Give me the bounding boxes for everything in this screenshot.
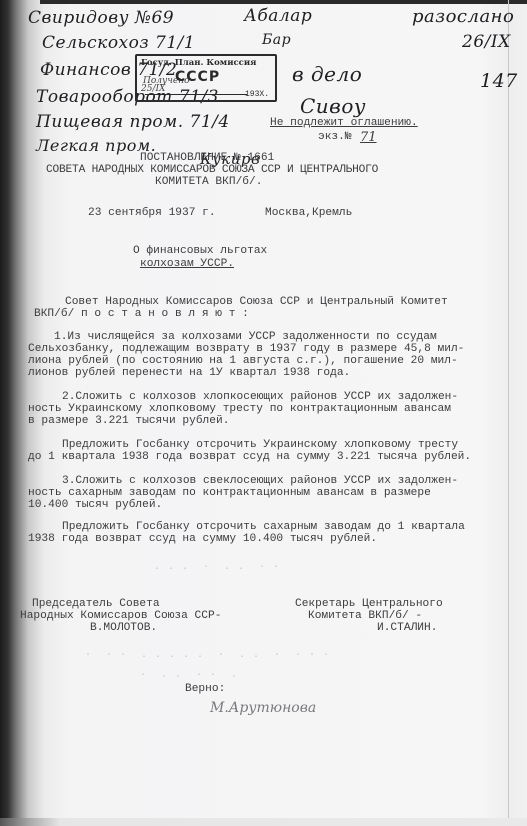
hw-distribution-5: Пищевая пром. 71/4 [36, 112, 230, 132]
hw-page-number: 147 [480, 70, 518, 92]
certification-signature: М.Арутюнова [210, 700, 316, 716]
hw-distribution-6: Легкая пром. [36, 136, 156, 155]
bleed-through-text: · . . · · . [140, 670, 238, 681]
document-page: Свиридову №69 Сельскохоз 71/1 Финансов 7… [0, 0, 527, 826]
p4-line-3: 10.400 тысяч рублей. [28, 499, 162, 512]
scan-bottom-edge [0, 818, 527, 826]
hw-author-note: Абалар [244, 6, 312, 26]
sig-left-name: В.МОЛОТОВ. [90, 622, 157, 635]
hw-distribution-2: Сельскохоз 71/1 [42, 33, 195, 53]
p5-line-2: 1938 года возврат ссуд на сумму 10.400 т… [28, 533, 377, 546]
sig-right-name: И.СТАЛИН. [377, 622, 437, 635]
p2-line-3: в размере 3.221 тысячи рублей. [28, 415, 229, 428]
hw-note-bar: Бар [262, 32, 291, 48]
issuer-line-2: КОМИТЕТА ВКП/б/. [155, 176, 262, 189]
preamble-line-2: ВКП/б/ п о с т а н о в л я ю т : [34, 308, 249, 321]
stamp-date: 25/IX [141, 84, 165, 94]
hw-sent-note: разослано [412, 6, 514, 27]
stamp-country: СССР [175, 69, 220, 85]
hw-note-signature: Сивоу [300, 94, 366, 118]
page-right-edge [508, 0, 509, 826]
hw-distribution-1: Свиридову №69 [28, 8, 174, 28]
p3-line-2: до 1 квартала 1938 года возврат ссуд на … [28, 451, 471, 464]
decree-place: Москва,Кремль [265, 207, 352, 220]
decree-date: 23 сентября 1937 г. [88, 207, 216, 220]
bleed-through-text: · · · . . . . . · . . · · · · [50, 650, 330, 661]
copy-label: экз.№ [318, 131, 352, 144]
stamp-year: 193Х. [245, 90, 269, 99]
title-line-1: О финансовых льготах [133, 245, 267, 258]
p1-line-4: лионов рублей перенести на 1У квартал 19… [28, 367, 350, 380]
copy-number: 71 [360, 131, 377, 144]
registry-stamp: Госуд. План. Комиссия Получено СССР 25/I… [135, 54, 277, 102]
stamp-org: Госуд. План. Комиссия [141, 58, 256, 68]
stamp-line [145, 94, 247, 95]
hw-note-v-delo: в дело [292, 62, 362, 86]
restriction-notice: Не подлежит оглашению. [270, 117, 418, 130]
bleed-through-text: . . . · . . · · [140, 562, 280, 573]
scan-top-edge [40, 0, 527, 4]
hw-sent-date: 26/IX [462, 32, 511, 52]
title-line-2: колхозам УССР. [140, 258, 234, 271]
certification-label: Верно: [185, 683, 225, 696]
